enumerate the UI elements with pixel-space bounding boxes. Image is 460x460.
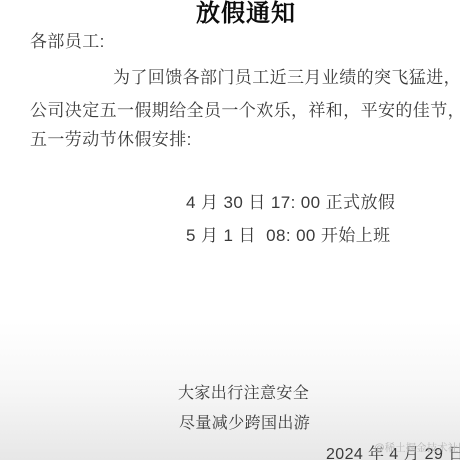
- notice-document-page: 放假通知 各部员工: 为了回馈各部门员工近三月业绩的突飞猛进， 公司决定五一假期…: [0, 0, 460, 460]
- closing-note-travel: 尽量减少跨国出游: [179, 415, 310, 433]
- holiday-start-schedule: 4 月 30 日 17: 00 正式放假: [186, 194, 395, 213]
- juejin-community-watermark: @稀土掘金技术社区: [374, 440, 460, 455]
- work-resume-schedule: 5 月 1 日 08: 00 开始上班: [186, 227, 391, 246]
- notice-paragraph-line-3: 五一劳动节休假安排:: [30, 131, 192, 150]
- notice-paragraph-line-2: 公司决定五一假期给全员一个欢乐，祥和，平安的佳节，: [30, 102, 460, 121]
- notice-salutation: 各部员工:: [30, 33, 105, 52]
- closing-note-safety: 大家出行注意安全: [178, 385, 309, 403]
- notice-paragraph-line-1: 为了回馈各部门员工近三月业绩的突飞猛进，: [113, 69, 460, 88]
- notice-title: 放假通知: [196, 0, 296, 28]
